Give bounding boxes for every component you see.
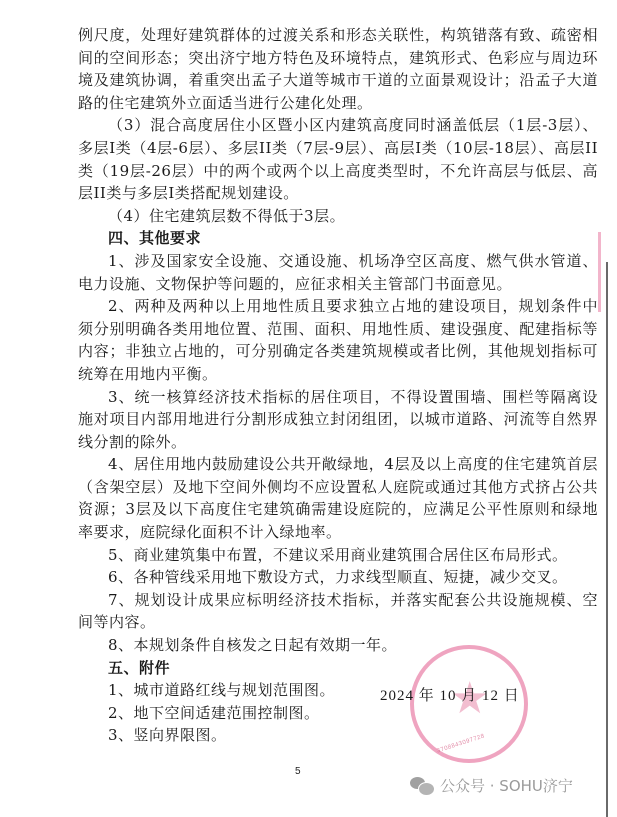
document-body: 例尺度，处理好建筑群体的过渡关系和形态关联性，构筑错落有致、疏密相间的空间形态；…: [78, 24, 598, 747]
paragraph-req-1: 1、涉及国家安全设施、交通设施、机场净空区高度、燃气供水管道、电力设施、文物保护…: [78, 250, 598, 295]
paragraph-item-3: （3）混合高度居住小区暨小区内建筑高度同时涵盖低层（1层-3层）、多层I类（4层…: [78, 114, 598, 204]
edge-seal-fragment: [598, 232, 611, 312]
paragraph-req-2: 2、两种及两种以上用地性质且要求独立占地的建设项目，规划条件中须分别明确各类用地…: [78, 295, 598, 385]
seal-code: 3708843097728: [436, 733, 485, 754]
page-edge-line: [606, 262, 608, 817]
wechat-icon: [410, 777, 434, 795]
paragraph-continuation: 例尺度，处理好建筑群体的过渡关系和形态关联性，构筑错落有致、疏密相间的空间形态；…: [78, 24, 598, 114]
issue-date: 2024 年 10 月 12 日: [380, 684, 520, 705]
page-number: 5: [295, 766, 301, 777]
paragraph-req-6: 6、各种管线采用地下敷设方式，力求线型顺直、短捷，减少交叉。: [78, 566, 598, 589]
document-page: 例尺度，处理好建筑群体的过渡关系和形态关联性，构筑错落有致、疏密相间的空间形态；…: [0, 0, 617, 817]
watermark: 公众号 · SOHU济宁: [410, 775, 573, 796]
section-heading-other-requirements: 四、其他要求: [78, 227, 598, 250]
watermark-text: 公众号 · SOHU济宁: [440, 775, 573, 796]
paragraph-req-5: 5、商业建筑集中布置，不建议采用商业建筑围合居住区布局形式。: [78, 544, 598, 567]
paragraph-req-8: 8、本规划条件自核发之日起有效期一年。: [78, 634, 598, 657]
paragraph-item-4: （4）住宅建筑层数不得低于3层。: [78, 205, 598, 228]
paragraph-req-4: 4、居住用地内鼓励建设公共开敞绿地，4层及以上高度的住宅建筑首层（含架空层）及地…: [78, 453, 598, 543]
paragraph-req-7: 7、规划设计成果应标明经济技术指标，并落实配套公共设施规模、空间等内容。: [78, 589, 598, 634]
paragraph-req-3: 3、统一核算经济技术指标的居住项目，不得设置围墙、围栏等隔离设施对项目内部用地进…: [78, 386, 598, 454]
